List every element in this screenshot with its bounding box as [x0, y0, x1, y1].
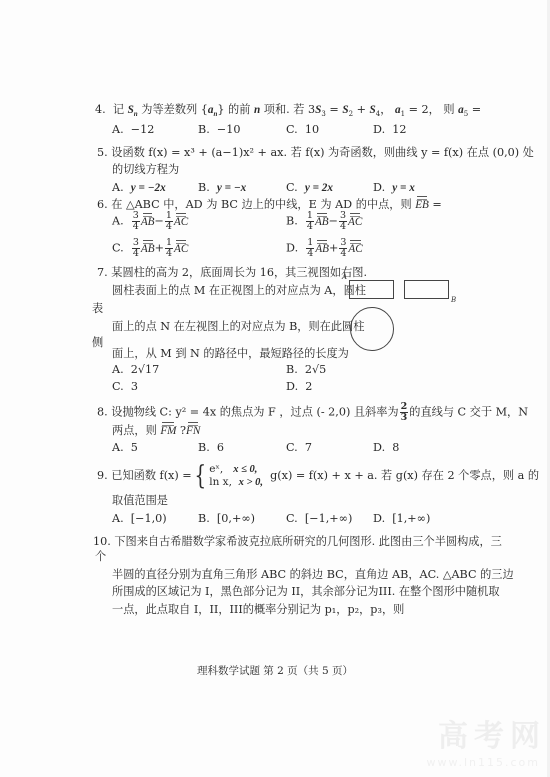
question-10-stray-char: 个	[95, 550, 106, 564]
watermark-url: www.ln115.com	[427, 756, 541, 769]
question-5-stem-line1: 5. 设函数 f(x) = x³ + (a−1)x² + ax. 若 f(x) …	[97, 146, 534, 160]
question-7-option-b: B. 2√5	[286, 363, 326, 377]
question-8-option-a: A. 5	[112, 441, 138, 455]
side-view-rect	[404, 280, 449, 299]
question-9-option-d: D. [1,+∞)	[373, 512, 430, 526]
question-7-option-c: C. 3	[112, 380, 138, 394]
question-7-option-a: A. 2√17	[112, 363, 159, 377]
question-5-option-a: A. y = −2x	[112, 181, 166, 195]
question-7-stem-line3: 面上的点 N 在左视图上的对应点为 B，则在此圆柱	[112, 320, 364, 334]
question-10-stem-line3: 所围成的区域记为 I，黑色部分记为 II，其余部分记为III. 在整个图形中随机…	[112, 585, 500, 599]
question-10-stem-line1: 10. 下图来自古希腊数学家希波克拉底所研究的几何图形. 此图由三个半圆构成，三	[93, 535, 502, 549]
question-6-option-c: C. 34AB+14AC	[112, 238, 188, 259]
piecewise-definition: eˣ, x ≤ 0,ln x, x > 0,	[209, 463, 263, 489]
question-6-option-d: D. 14AB+34AC	[286, 238, 363, 259]
vector-eb: EB	[415, 198, 429, 212]
question-7-stem-line2: 圆柱表面上的点 M 在正视图上的对应点为 A，圆柱	[112, 284, 366, 298]
question-4-option-c: C. 10	[286, 123, 319, 137]
question-7-stem-line4: 面上，从 M 到 N 的路径中，最短路径的长度为	[112, 347, 349, 361]
question-9-option-a: A. [−1,0)	[112, 512, 167, 526]
piecewise-brace: {	[194, 463, 206, 489]
question-8-stem-line2: 两点，则 FM ?FN	[112, 424, 200, 438]
question-7-stray-char-2: 侧	[92, 336, 103, 350]
question-8-option-b: B. 6	[198, 441, 224, 455]
question-4-option-b: B. −10	[198, 123, 241, 137]
watermark-logo: 高考网	[438, 711, 546, 755]
question-6-option-b: B. 14AB−34AC	[286, 211, 362, 232]
question-4-option-d: D. 12	[373, 123, 407, 137]
question-5-stem-line2: 的切线方程为	[112, 163, 179, 177]
figure-label-a: A	[342, 273, 347, 281]
page-footer: 理科数学试题 第 2 页（共 5 页）	[0, 663, 550, 678]
question-7-stem-line1: 7. 某圆柱的高为 2，底面周长为 16，其三视图如右图.	[97, 266, 367, 280]
question-5-option-c: C. y = 2x	[286, 181, 333, 195]
question-4-option-a: A. −12	[112, 123, 154, 137]
question-8-option-d: D. 8	[373, 441, 399, 455]
top-view-circle	[350, 307, 394, 351]
front-view-rect	[349, 280, 394, 299]
question-10-stem-line4: 一点，此点取自 I，II，III的概率分别记为 p₁，p₂，p₃，则	[112, 603, 404, 617]
question-8-option-c: C. 7	[286, 441, 312, 455]
figure-label-b: B	[451, 296, 456, 304]
question-5-option-b: B. y = −x	[198, 181, 246, 195]
question-10-stem-line2: 半圆的直径分别为直角三角形 ABC 的斜边 BC，直角边 AB，AC. △ABC…	[112, 568, 514, 582]
question-9-stem-line2: 取值范围是	[112, 494, 168, 508]
question-9-stem-line1: 9. 已知函数 f(x) ={eˣ, x ≤ 0,ln x, x > 0, g(…	[97, 462, 539, 490]
question-6-option-a: A. 34AB−14AC	[112, 211, 188, 232]
question-7-stray-char-1: 表	[92, 302, 103, 316]
exam-page: 4. 记 Sn 为等差数列 {an} 的前 n 项和. 若 3S3 = S2 +…	[0, 0, 550, 777]
question-9-option-c: C. [−1,+∞)	[286, 512, 352, 526]
question-7-option-d: D. 2	[286, 380, 312, 394]
question-9-option-b: B. [0,+∞)	[198, 512, 255, 526]
question-5-option-d: D. y = x	[373, 181, 415, 195]
question-6-stem: 6. 在 △ABC 中，AD 为 BC 边上的中线，E 为 AD 的中点，则 E…	[97, 198, 442, 212]
question-4-stem: 4. 记 Sn 为等差数列 {an} 的前 n 项和. 若 3S3 = S2 +…	[95, 103, 481, 121]
question-8-stem-line1: 8. 设抛物线 C: y² = 4x 的焦点为 F ，过点 (- 2,0) 且斜…	[97, 402, 528, 423]
